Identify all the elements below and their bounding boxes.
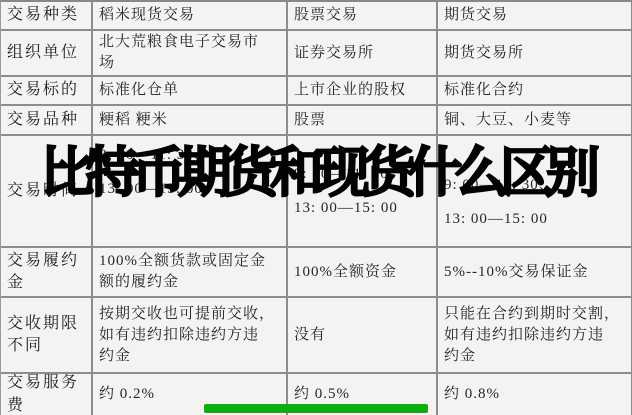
cell-delivery-term-futures: 只能在合约到期时交割， 如有违约扣除违约方违 约金 — [438, 298, 632, 374]
cell-service-fee-futures: 约 0.8% — [438, 374, 632, 415]
trading-comparison-table: 交易种类 稻米现货交易 股票交易 期货交易 组织单位 北大荒粮食电子交易市 场 … — [0, 0, 632, 415]
cell-trade-variety-futures: 铜、大豆、小麦等 — [438, 106, 632, 136]
cell-performance-bond-futures: 5%--10%交易保证金 — [438, 248, 632, 298]
cell-trade-type-rice: 稻米现货交易 — [93, 2, 288, 31]
cell-trade-subject-futures: 标准化合约 — [438, 77, 632, 106]
row-header-trade-type: 交易种类 — [1, 2, 93, 31]
cell-delivery-term-rice: 按期交收也可提前交收， 如有违约扣除违约方违 约金 — [93, 298, 288, 374]
cell-organizer-stock: 证券交易所 — [288, 31, 438, 77]
cell-trade-subject-rice: 标准化仓单 — [93, 77, 288, 106]
row-header-service-fee: 交易服务 费 — [1, 374, 93, 415]
video-title-overlay: 比特币期货和现货什么区别 — [40, 146, 592, 200]
video-progress-bar — [204, 404, 428, 413]
row-header-trade-subject: 交易标的 — [1, 77, 93, 106]
row-header-organizer: 组织单位 — [1, 31, 93, 77]
cell-trade-subject-stock: 上市企业的股权 — [288, 77, 438, 106]
cell-performance-bond-stock: 100%全额资金 — [288, 248, 438, 298]
cell-trade-type-stock: 股票交易 — [288, 2, 438, 31]
cell-trade-type-futures: 期货交易 — [438, 2, 632, 31]
cell-organizer-rice: 北大荒粮食电子交易市 场 — [93, 31, 288, 77]
cell-performance-bond-rice: 100%全额货款或固定金 额的履约金 — [93, 248, 288, 298]
cell-organizer-futures: 期货交易所 — [438, 31, 632, 77]
cell-trade-variety-rice: 粳稻 粳米 — [93, 106, 288, 136]
row-header-performance-bond: 交易履约 金 — [1, 248, 93, 298]
cell-delivery-term-stock: 没有 — [288, 298, 438, 374]
row-header-delivery-term: 交收期限 不同 — [1, 298, 93, 374]
row-header-trade-variety: 交易品种 — [1, 106, 93, 136]
cell-trade-variety-stock: 股票 — [288, 106, 438, 136]
